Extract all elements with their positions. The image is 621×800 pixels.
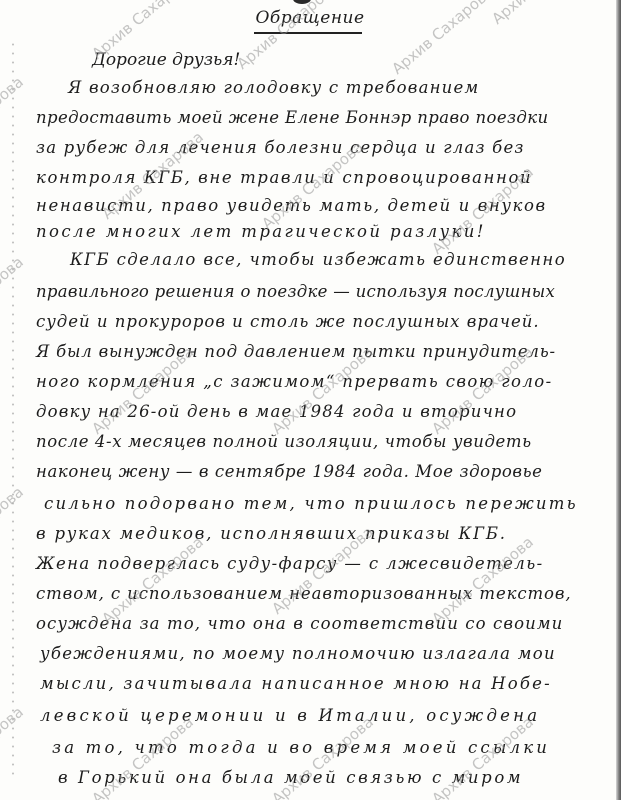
text-line-11: ного кормления „с зажимом“ прервать свою… bbox=[36, 372, 553, 391]
text-line-12: довку на 26-ой день в мае 1984 года и вт… bbox=[36, 402, 517, 421]
text-line-24: в Горький она была моей связью с миром bbox=[58, 768, 523, 787]
text-line-10: Я был вынужден под давлением пытки прину… bbox=[36, 342, 556, 361]
text-line-14: наконец жену — в сентябре 1984 года. Мое… bbox=[36, 462, 543, 481]
text-line-13: после 4-х месяцев полной изоляции, чтобы… bbox=[36, 432, 532, 451]
text-line-16: в руках медиков, исполнявших приказы КГБ… bbox=[36, 524, 507, 543]
text-line-8: правильного решения о поездке — использу… bbox=[36, 282, 555, 301]
text-line-7: КГБ сделало все, чтобы избежать единстве… bbox=[70, 250, 566, 269]
text-line-6: после многих лет трагической разлуки! bbox=[36, 222, 486, 241]
text-line-1: Я возобновляю голодовку с требованием bbox=[68, 78, 479, 97]
document-title: Обращение bbox=[220, 8, 400, 28]
page-margin-speckles bbox=[12, 40, 14, 780]
title-underline bbox=[254, 32, 362, 34]
text-line-9: судей и прокуроров и столь же послушных … bbox=[36, 312, 540, 331]
text-line-21: мысли, зачитывала написанное мною на Ноб… bbox=[40, 674, 552, 693]
text-line-19: осуждена за то, что она в соответствии с… bbox=[36, 614, 563, 633]
page-right-edge bbox=[616, 0, 621, 800]
greeting: Дорогие друзья! bbox=[92, 50, 240, 70]
text-line-18: ством, с использованием неавторизованных… bbox=[36, 584, 572, 603]
text-line-4: контроля КГБ, вне травли и спровоцирован… bbox=[36, 168, 532, 187]
text-line-23: за то, что тогда и во время моей ссылки bbox=[52, 738, 550, 757]
watermark: Архив Сахарова bbox=[488, 0, 596, 28]
text-line-20: убеждениями, по моему полномочию излагал… bbox=[40, 644, 556, 663]
text-line-2: предоставить моей жене Елене Боннэр прав… bbox=[36, 108, 549, 127]
text-line-15: сильно подорвано тем, что пришлось переж… bbox=[44, 494, 578, 513]
text-line-17: Жена подверглась суду-фарсу — с лжесвиде… bbox=[36, 554, 544, 573]
document-page: Обращение Дорогие друзья! Я возобновляю … bbox=[0, 0, 621, 800]
text-line-3: за рубеж для лечения болезни сердца и гл… bbox=[36, 138, 525, 157]
text-line-22: левской церемонии и в Италии, осуждена bbox=[40, 706, 540, 725]
ink-blot bbox=[293, 0, 311, 4]
watermark: Архив Сахарова bbox=[388, 0, 496, 78]
text-line-5: ненависти, право увидеть мать, детей и в… bbox=[36, 196, 547, 215]
